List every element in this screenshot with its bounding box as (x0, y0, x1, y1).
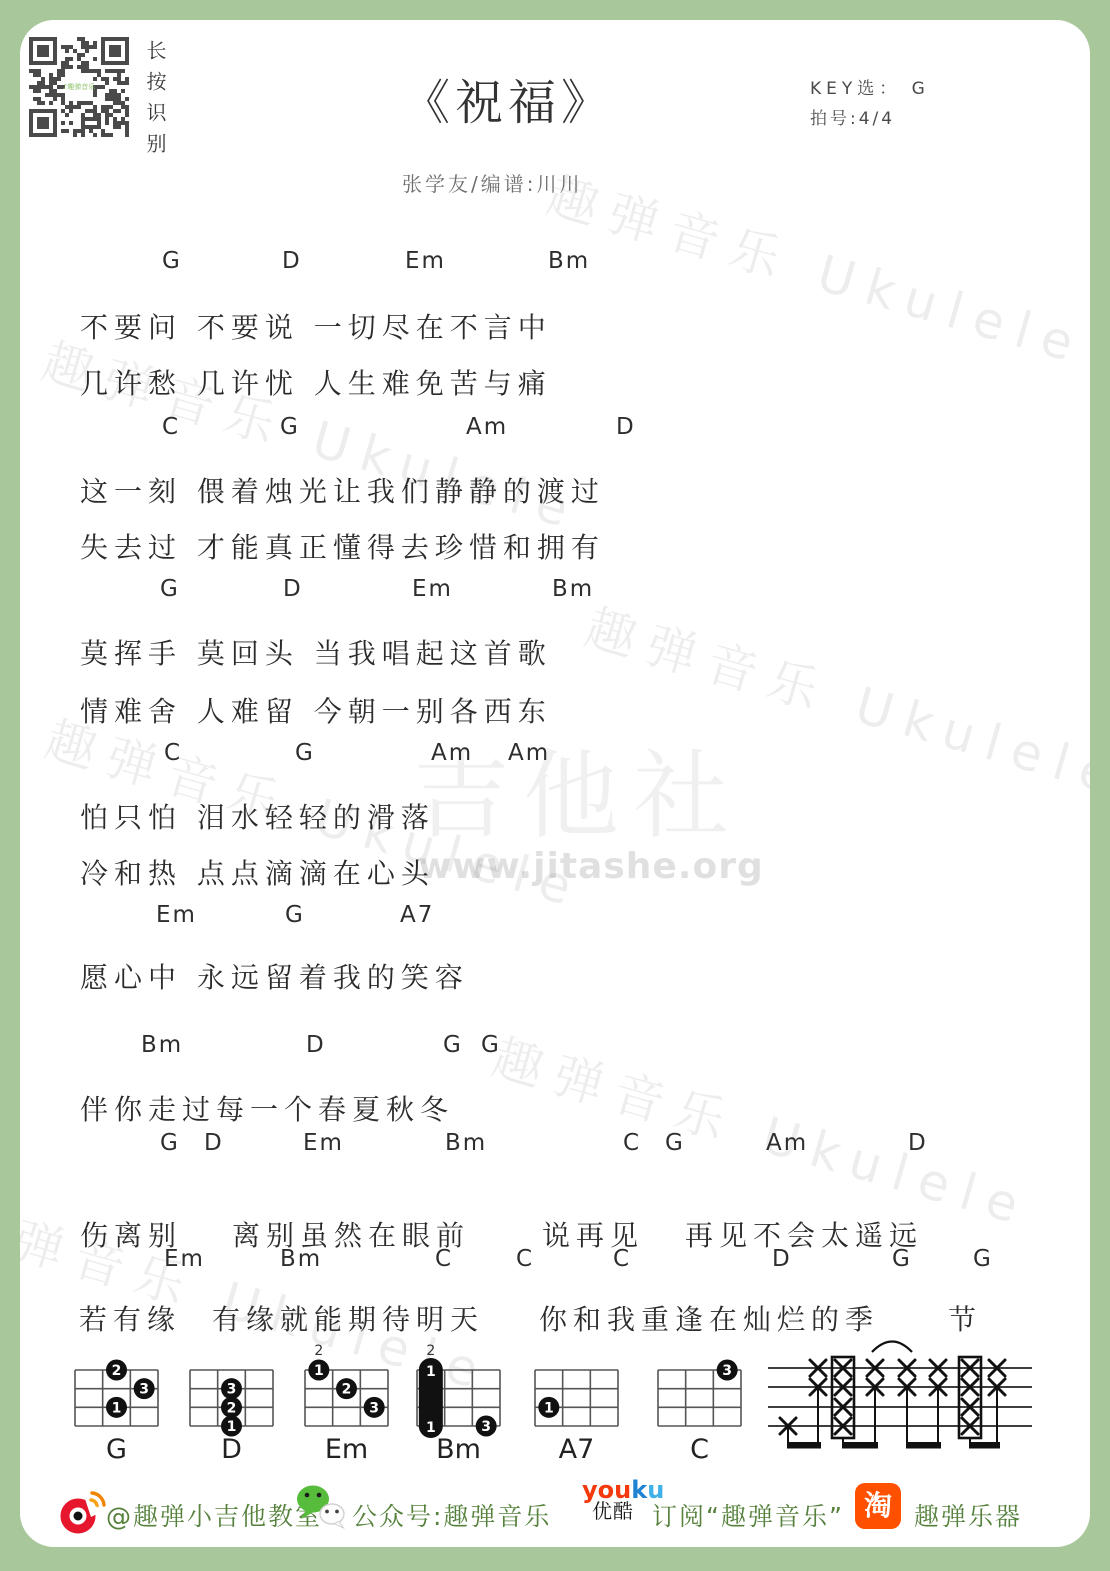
chord-symbol: C (516, 1246, 534, 1272)
chord-symbol: Bm (280, 1246, 322, 1272)
chord-symbol: G (892, 1246, 912, 1272)
chord-symbol: Bm (141, 1032, 183, 1058)
chord-symbol: Em (412, 576, 453, 602)
chord-symbol: D (204, 1130, 224, 1156)
chord-symbol: G (481, 1032, 501, 1058)
wechat-account-label: 公众号:趣弹音乐 (352, 1497, 551, 1533)
lyric-line: 伴你走过每一个春夏秋冬 (80, 1088, 454, 1128)
taobao-icon: 淘 (855, 1483, 901, 1529)
chord-symbol: G (160, 576, 180, 602)
chord-symbol: G (280, 414, 300, 440)
chord-symbol: Am (431, 740, 473, 766)
lyric-line: 你和我重逢在灿烂的季 (539, 1298, 879, 1338)
taobao-char: 淘 (864, 1489, 892, 1522)
chord-symbol: Em (164, 1246, 205, 1272)
weibo-icon (56, 1486, 106, 1536)
chord-symbol: G (295, 740, 315, 766)
chord-symbol: C (162, 414, 180, 440)
chord-symbol: A7 (400, 902, 434, 928)
chord-symbol: C (164, 740, 182, 766)
lyric-line: 失去过 才能真正懂得去珍惜和拥有 (80, 526, 605, 566)
chord-symbol: Em (405, 248, 446, 274)
chord-symbol: Am (508, 740, 550, 766)
lyric-line: 这一刻 偎着烛光让我们静静的渡过 (80, 470, 605, 510)
chord-symbol: D (306, 1032, 326, 1058)
chord-symbol: C (613, 1246, 631, 1272)
weibo-account-label: @趣弹小吉他教室 (106, 1497, 322, 1533)
lyric-line: 几许愁 几许忧 人生难免苦与痛 (80, 362, 552, 402)
lyric-line: 愿心中 永远留着我的笑容 (80, 956, 469, 996)
chord-symbol: G (443, 1032, 463, 1058)
chord-symbol: G (973, 1246, 993, 1272)
chord-symbol: Bm (552, 576, 594, 602)
chord-symbol: C (435, 1246, 453, 1272)
chord-symbol: Am (466, 414, 508, 440)
chord-symbol: G (285, 902, 305, 928)
chord-symbol: Em (156, 902, 197, 928)
chord-symbol: Bm (445, 1130, 487, 1156)
chord-symbol: D (283, 576, 303, 602)
wechat-icon (296, 1484, 348, 1532)
lyric-line: 再见不会太遥远 (685, 1214, 923, 1254)
chord-symbol: G (162, 248, 182, 274)
chord-symbol: D (282, 248, 302, 274)
chord-symbol: D (772, 1246, 792, 1272)
score-body: GDEmBm不要问 不要说 一切尽在不言中几许愁 几许忧 人生难免苦与痛CGAm… (0, 0, 1110, 1571)
lyric-line: 若有缘 (79, 1298, 181, 1338)
chord-symbol: G (160, 1130, 180, 1156)
lyric-line: 不要问 不要说 一切尽在不言中 (80, 306, 552, 346)
chord-symbol: C (623, 1130, 641, 1156)
lyric-line: 莫挥手 莫回头 当我唱起这首歌 (80, 632, 552, 672)
chord-sheet-page: 吉他社 www.jitashe.org 趣弹音乐 Ukulele趣弹音乐 Uku… (0, 0, 1110, 1571)
lyric-line: 情难舍 人难留 今朝一别各西东 (80, 690, 552, 730)
chord-symbol: D (616, 414, 636, 440)
lyric-line: 怕只怕 泪水轻轻的滑落 (80, 796, 435, 836)
chord-symbol: Am (766, 1130, 808, 1156)
chord-symbol: Bm (548, 248, 590, 274)
lyric-line: 冷和热 点点滴滴在心头 (80, 852, 435, 892)
taobao-shop-label: 趣弹乐器 (914, 1497, 1022, 1533)
chord-symbol: Em (303, 1130, 344, 1156)
chord-symbol: G (665, 1130, 685, 1156)
youku-subscribe-label: 订阅“趣弹音乐” (652, 1497, 844, 1533)
chord-symbol: D (908, 1130, 928, 1156)
lyric-line: 有缘就能期待明天 (212, 1298, 484, 1338)
lyric-line: 节 (948, 1298, 982, 1338)
